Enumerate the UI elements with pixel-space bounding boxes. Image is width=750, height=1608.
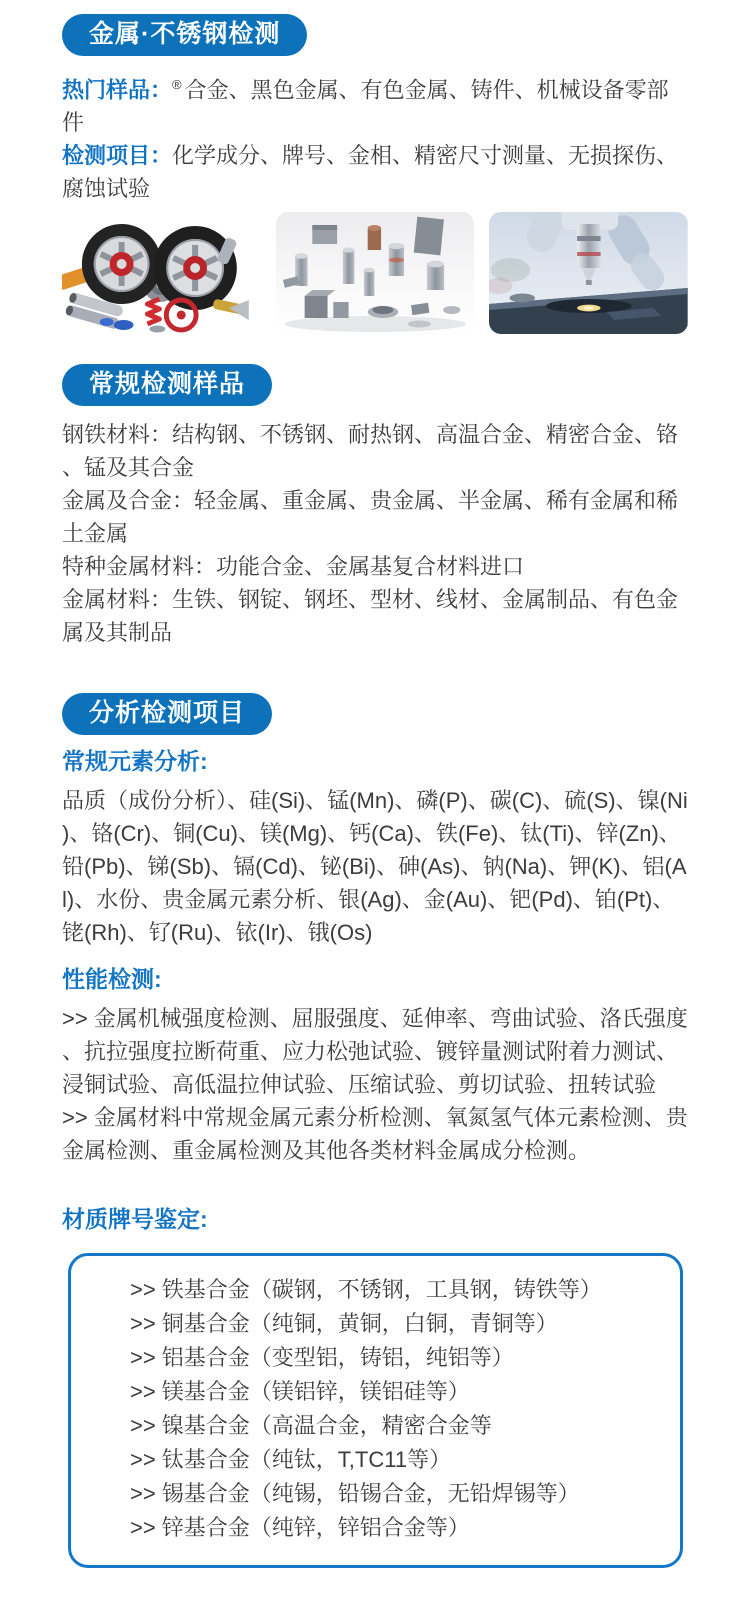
grade-line-aluminum: >> 铝基合金（变型铝，铸铝，纯铝等） bbox=[130, 1341, 662, 1375]
grade-identification-heading: 材质牌号鉴定: bbox=[62, 1205, 688, 1235]
grade-line-titanium: >> 钛基合金（纯钛，T,TC11等） bbox=[130, 1443, 662, 1477]
section-badge-metal-testing: 金属·不锈钢检测 bbox=[62, 14, 307, 56]
performance-line-mechanical: >> 金属机械强度检测、屈服强度、延伸率、弯曲试验、洛氏强度、抗拉强度拉断荷重、… bbox=[62, 1002, 688, 1101]
element-analysis-text: 品质（成份分析）、硅(Si)、锰(Mn)、磷(P)、碳(C)、硫(S)、镍(Ni… bbox=[62, 784, 688, 949]
regular-samples-line-special: 特种金属材料：功能合金、金属基复合材料进口 bbox=[62, 550, 688, 583]
grade-line-nickel: >> 镍基合金（高温合金，精密合金等 bbox=[130, 1409, 662, 1443]
grade-line-magnesium: >> 镁基合金（镁铝锌，镁铝硅等） bbox=[130, 1375, 662, 1409]
performance-line-elements: >> 金属材料中常规金属元素分析检测、氧氮氢气体元素检测、贵金属检测、重金属检测… bbox=[62, 1101, 688, 1167]
regular-samples-line-materials: 金属材料：生铁、钢锭、钢坯、型材、线材、金属制品、有色金属及其制品 bbox=[62, 583, 688, 649]
section-badge-analysis-items: 分析检测项目 bbox=[62, 693, 272, 735]
performance-testing-heading: 性能检测: bbox=[62, 965, 688, 995]
hot-samples-label: 热门样品： bbox=[62, 77, 172, 102]
grade-line-iron: >> 铁基合金（碳钢，不锈钢，工具钢，铸铁等） bbox=[130, 1273, 662, 1307]
auto-parts-photo bbox=[62, 212, 261, 334]
grade-line-copper: >> 铜基合金（纯铜，黄铜，白铜，青铜等） bbox=[130, 1307, 662, 1341]
regular-samples-line-steel: 钢铁材料：结构钢、不锈钢、耐热钢、高温合金、精密合金、铬、锰及其合金 bbox=[62, 418, 688, 484]
machined-parts-photo bbox=[276, 212, 475, 334]
grade-line-zinc: >> 锌基合金（纯锌，锌铝合金等） bbox=[130, 1511, 662, 1545]
grade-line-tin: >> 锡基合金（纯锡，铅锡合金，无铅焊锡等） bbox=[130, 1477, 662, 1511]
grade-identification-box: >> 铁基合金（碳钢，不锈钢，工具钢，铸铁等） >> 铜基合金（纯铜，黄铜，白铜… bbox=[68, 1253, 683, 1568]
microscope-photo bbox=[489, 212, 688, 334]
hot-samples-paragraph: 热门样品：®合金、黑色金属、有色金属、铸件、机械设备零部件 bbox=[62, 68, 688, 139]
element-analysis-heading: 常规元素分析: bbox=[62, 747, 688, 777]
registered-trademark-mark: ® bbox=[172, 77, 182, 92]
test-items-paragraph: 检测项目：化学成分、牌号、金相、精密尺寸测量、无损探伤、腐蚀试验 bbox=[62, 139, 688, 205]
section-badge-regular-samples: 常规检测样品 bbox=[62, 364, 272, 406]
sample-images-row bbox=[62, 212, 688, 334]
regular-samples-line-alloys: 金属及合金：轻金属、重金属、贵金属、半金属、稀有金属和稀土金属 bbox=[62, 484, 688, 550]
machined-parts-illustration bbox=[276, 212, 475, 334]
auto-parts-illustration bbox=[62, 212, 261, 334]
microscope-illustration bbox=[489, 212, 688, 334]
test-items-label: 检测项目： bbox=[62, 143, 172, 168]
page: 金属·不锈钢检测 热门样品：®合金、黑色金属、有色金属、铸件、机械设备零部件 检… bbox=[0, 0, 750, 1608]
